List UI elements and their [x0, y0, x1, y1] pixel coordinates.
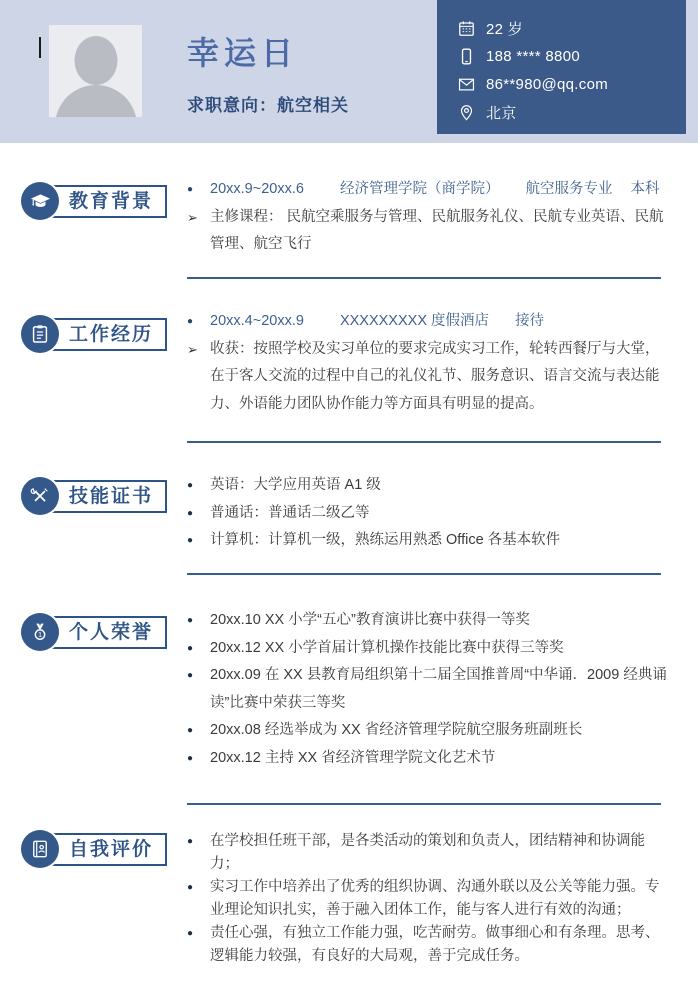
work-content: ● 20xx.4~20xx.9 XXXXXXXXX 度假酒店 接待 ➢ 收获：按…: [187, 308, 668, 418]
section-header-skills: 技能证书: [21, 477, 167, 515]
resume-page: 幸运日 求职意向：航空相关 22 岁: [0, 0, 698, 986]
contact-age: 22 岁: [457, 14, 686, 42]
bullet-icon: ●: [187, 308, 210, 336]
list-item: ● 20xx.12 主持 XX 省经济管理学院文化艺术节: [187, 745, 668, 773]
bullet-icon: ●: [187, 635, 210, 663]
work-role: 接待: [515, 308, 544, 336]
list-item: ● 在学校担任班干部，是各类活动的策划和负责人，团结精神和协调能力；: [187, 830, 668, 876]
list-item: ● 责任心强，有独立工作能力强，吃苦耐劳。做事细心和有条理。思考、逻辑能力较强，…: [187, 922, 668, 968]
list-item: ● 20xx.09 在 XX 县教育局组织第十二届全国推普周“中华诵．2009 …: [187, 662, 668, 717]
contact-location: 北京: [457, 98, 686, 126]
education-courses-text: 主修课程： 民航空乘服务与管理、民航服务礼仪、民航专业英语、民航管理、航空飞行: [210, 204, 668, 259]
person-silhouette-shoulders: [55, 85, 137, 117]
calendar-icon: [457, 19, 476, 38]
arrow-bullet-icon: ➢: [187, 336, 210, 364]
education-major: 航空服务专业: [525, 176, 612, 204]
id-booklet-icon: [21, 830, 59, 868]
list-item: ● 英语：大学应用英语 A1 级: [187, 472, 668, 500]
bullet-icon: ●: [187, 500, 210, 528]
work-detail-text: 收获：按照学校及实习单位的要求完成实习工作，轮转西餐厅与大堂，在于客人交流的过程…: [210, 336, 668, 419]
bullet-icon: ●: [187, 662, 210, 690]
honor-item: 20xx.09 在 XX 县教育局组织第十二届全国推普周“中华诵．2009 经典…: [210, 662, 668, 717]
section-divider: [187, 277, 661, 279]
candidate-name: 幸运日: [187, 28, 298, 74]
list-item: ● 20xx.12 XX 小学首届计算机操作技能比赛中获得三等奖: [187, 635, 668, 663]
age-value: 22 岁: [486, 18, 523, 39]
education-period: 20xx.9~20xx.6: [210, 176, 304, 204]
bullet-icon: ●: [187, 922, 210, 945]
skill-mandarin: 普通话：普通话二级乙等: [210, 500, 668, 528]
list-item: ● 20xx.10 XX 小学“五心”教育演讲比赛中获得一等奖: [187, 607, 668, 635]
work-entry: ● 20xx.4~20xx.9 XXXXXXXXX 度假酒店 接待: [187, 308, 668, 336]
bullet-icon: ●: [187, 607, 210, 635]
section-divider: [187, 803, 661, 805]
bullet-icon: ●: [187, 830, 210, 853]
job-intent: 求职意向：航空相关: [187, 91, 349, 116]
bullet-icon: ●: [187, 527, 210, 555]
header-band: 幸运日 求职意向：航空相关 22 岁: [0, 0, 698, 143]
arrow-bullet-icon: ➢: [187, 204, 210, 232]
contact-phone: 188 **** 8800: [457, 42, 686, 70]
skills-content: ● 英语：大学应用英语 A1 级 ● 普通话：普通话二级乙等 ● 计算机：计算机…: [187, 472, 668, 555]
skill-computer: 计算机：计算机一级，熟练运用熟悉 Office 各基本软件: [210, 527, 668, 555]
education-courses: ➢ 主修课程： 民航空乘服务与管理、民航服务礼仪、民航专业英语、民航管理、航空飞…: [187, 204, 668, 259]
phone-icon: [457, 47, 476, 66]
honor-item: 20xx.12 主持 XX 省经济管理学院文化艺术节: [210, 745, 668, 773]
graduation-cap-icon: [21, 182, 59, 220]
list-item: ● 20xx.08 经选举成为 XX 省经济管理学院航空服务班副班长: [187, 717, 668, 745]
work-period: 20xx.4~20xx.9: [210, 308, 304, 336]
location-value: 北京: [486, 102, 517, 123]
work-company: XXXXXXXXX 度假酒店: [340, 308, 489, 336]
honor-item: 20xx.12 XX 小学首届计算机操作技能比赛中获得三等奖: [210, 635, 668, 663]
education-degree: 本科: [631, 176, 660, 204]
contact-panel: 22 岁 188 **** 8800 86**9: [437, 0, 686, 134]
evaluation-content: ● 在学校担任班干部，是各类活动的策划和负责人，团结精神和协调能力； ● 实习工…: [187, 830, 668, 968]
section-header-work: 工作经历: [21, 315, 167, 353]
education-school: 经济管理学院（商学院）: [340, 176, 500, 204]
evaluation-item: 责任心强，有独立工作能力强，吃苦耐劳。做事细心和有条理。思考、逻辑能力较强，有良…: [210, 922, 668, 968]
contact-email: 86**980@qq.com: [457, 70, 686, 98]
honor-item: 20xx.10 XX 小学“五心”教育演讲比赛中获得一等奖: [210, 607, 668, 635]
education-content: ● 20xx.9~20xx.6 经济管理学院（商学院） 航空服务专业 本科 ➢ …: [187, 176, 668, 259]
skill-english: 英语：大学应用英语 A1 级: [210, 472, 668, 500]
medal-icon: 1: [21, 613, 59, 651]
evaluation-item: 在学校担任班干部，是各类活动的策划和负责人，团结精神和协调能力；: [210, 830, 668, 876]
phone-value: 188 **** 8800: [486, 48, 580, 65]
honor-item: 20xx.08 经选举成为 XX 省经济管理学院航空服务班副班长: [210, 717, 668, 745]
text-cursor: [39, 37, 41, 58]
bullet-icon: ●: [187, 176, 210, 204]
bullet-icon: ●: [187, 472, 210, 500]
section-divider: [187, 441, 661, 443]
person-silhouette-icon: [74, 36, 117, 85]
profile-photo-placeholder: [49, 25, 142, 117]
evaluation-item: 实习工作中培养出了优秀的组织协调、沟通外联以及公关等能力强。专业理论知识扎实，善…: [210, 876, 668, 922]
bullet-icon: ●: [187, 717, 210, 745]
email-value: 86**980@qq.com: [486, 76, 608, 93]
list-item: ● 计算机：计算机一级，熟练运用熟悉 Office 各基本软件: [187, 527, 668, 555]
section-header-honors: 1 个人荣誉: [21, 613, 167, 651]
svg-text:1: 1: [38, 630, 42, 639]
tools-icon: [21, 477, 59, 515]
education-entry: ● 20xx.9~20xx.6 经济管理学院（商学院） 航空服务专业 本科: [187, 176, 668, 204]
list-item: ● 普通话：普通话二级乙等: [187, 500, 668, 528]
section-header-evaluation: 自我评价: [21, 830, 167, 868]
bullet-icon: ●: [187, 745, 210, 773]
list-item: ● 实习工作中培养出了优秀的组织协调、沟通外联以及公关等能力强。专业理论知识扎实…: [187, 876, 668, 922]
honors-content: ● 20xx.10 XX 小学“五心”教育演讲比赛中获得一等奖 ● 20xx.1…: [187, 607, 668, 772]
clipboard-icon: [21, 315, 59, 353]
section-header-education: 教育背景: [21, 182, 167, 220]
work-detail: ➢ 收获：按照学校及实习单位的要求完成实习工作，轮转西餐厅与大堂，在于客人交流的…: [187, 336, 668, 419]
location-icon: [457, 103, 476, 122]
bullet-icon: ●: [187, 876, 210, 899]
mail-icon: [457, 75, 476, 94]
section-divider: [187, 573, 661, 575]
